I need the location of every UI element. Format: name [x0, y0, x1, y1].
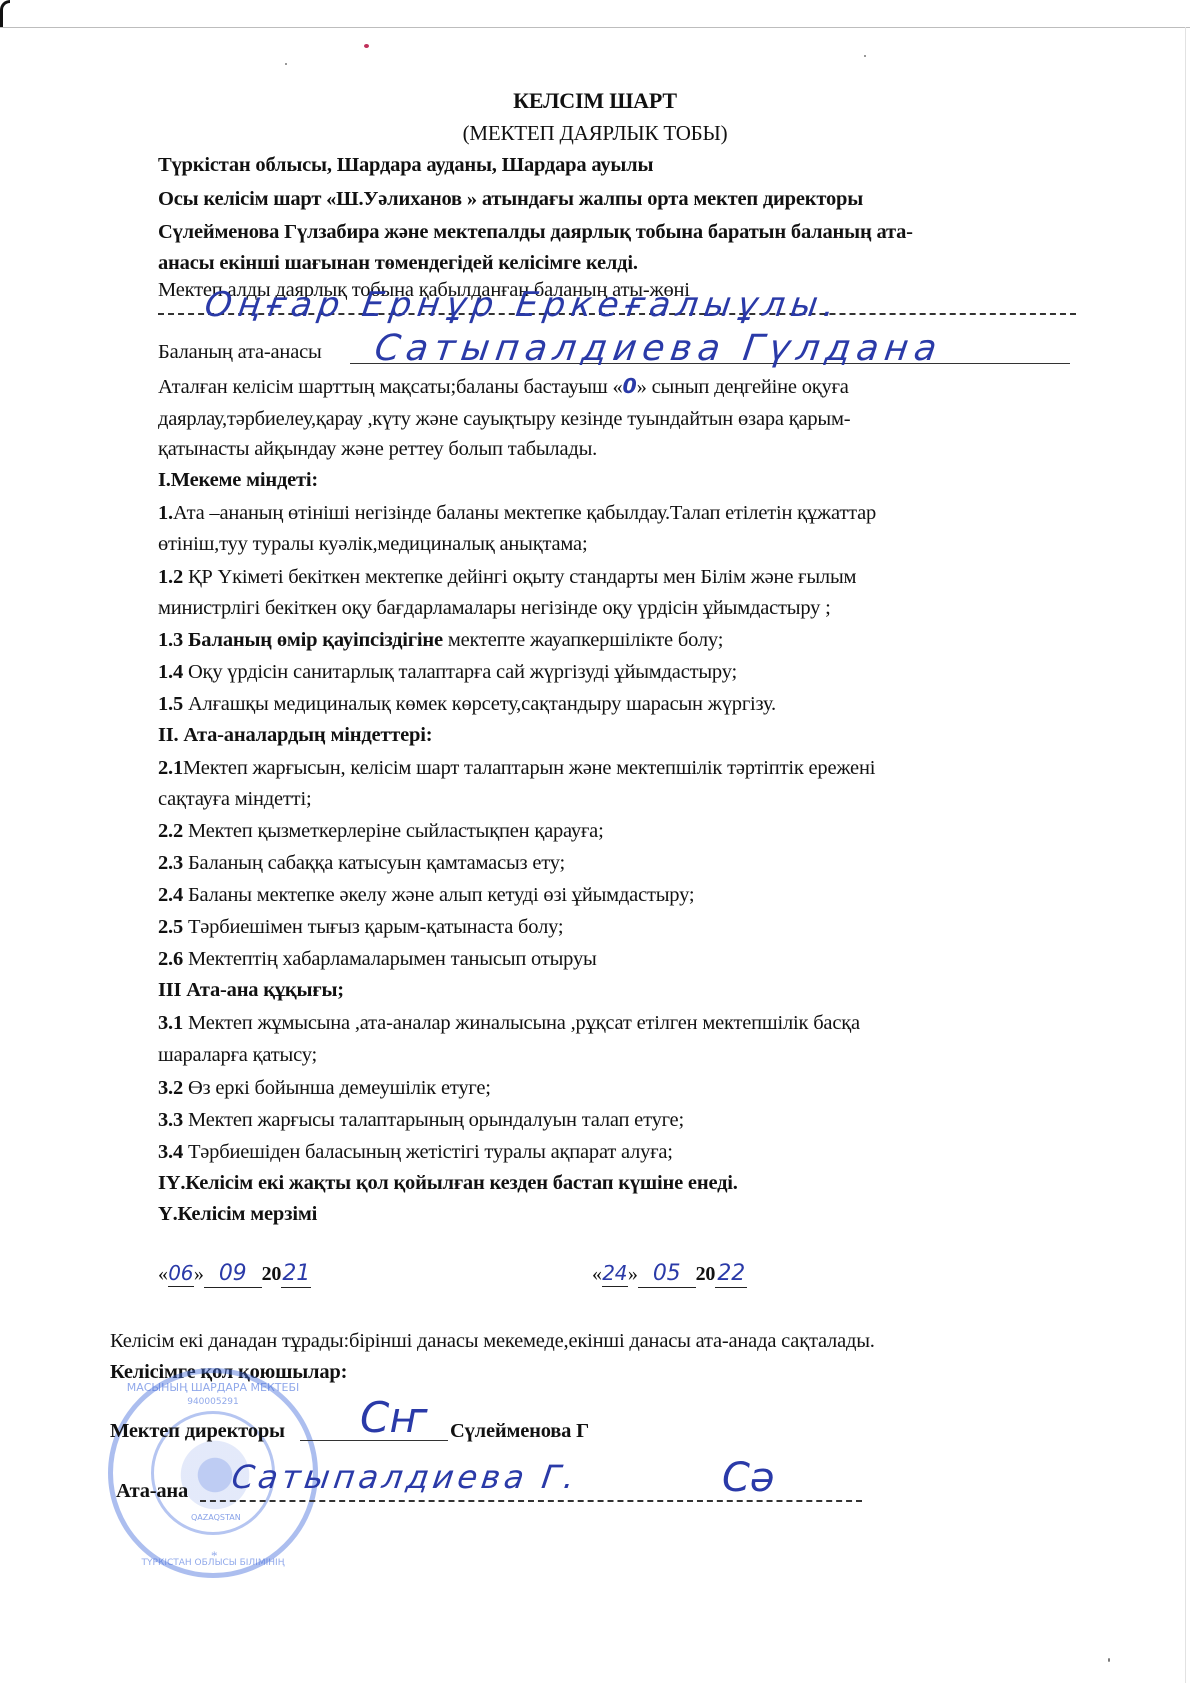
stamp-star-icon: * [211, 1548, 218, 1564]
section-5-heading: Ү.Келісім мерзімі [158, 1201, 317, 1227]
section-4-text: ІҮ.Келісім екі жақты қол қойылған кезден… [158, 1170, 738, 1196]
end-month-handwritten: 05 [638, 1261, 696, 1288]
scan-speck [364, 44, 369, 48]
section-1-item-5: 1.5 Алғашқы медициналық көмек көрсету,са… [158, 691, 776, 717]
child-name-handwritten: Оңғар Ернұр Еркеғалыұлы. [202, 285, 843, 325]
section-3-item-4: 3.4 Тәрбиешіден баласының жетістігі тура… [158, 1139, 673, 1165]
scan-speck [864, 55, 866, 57]
scan-speck [285, 63, 287, 65]
section-2-heading: ІІ. Ата-аналардың міндеттері: [158, 722, 432, 748]
section-1-item-3: 1.3 Баланың өмір қауіпсіздігіне мектепте… [158, 627, 723, 653]
section-1-item-1: 1.Ата –ананың өтініші негізінде баланы м… [158, 500, 876, 526]
start-year-handwritten: 21 [281, 1261, 311, 1288]
section-3-item-3: 3.3 Мектеп жарғысы талаптарының орындалу… [158, 1107, 684, 1133]
section-2-item-1-cont: сақтауға міндетті; [158, 786, 311, 812]
section-1-heading: І.Мекеме міндеті: [158, 467, 318, 493]
purpose-grade-handwritten: 0 [623, 374, 637, 398]
section-2-item-5: 2.5 Тәрбиешімен тығыз қарым-қатынаста бо… [158, 914, 563, 940]
intro-line-3: анасы екінші шағынан төмендегідей келісі… [158, 250, 638, 276]
scan-right-edge [1185, 27, 1186, 1683]
stamp-number: 940005291 [113, 1397, 313, 1407]
section-3-item-1: 3.1 Мектеп жұмысына ,ата-аналар жиналысы… [158, 1010, 860, 1036]
document-subtitle: (МЕКТЕП ДАЯРЛЫК ТОБЫ) [0, 120, 1190, 146]
section-1-item-4: 1.4 Оқу үрдісін санитарлық талаптарға са… [158, 659, 737, 685]
section-1-item-1-cont: өтініш,туу туралы куәлік,медициналық аны… [158, 531, 587, 557]
section-2-item-3: 2.3 Баланың сабаққа катысуын қамтамасыз … [158, 850, 565, 876]
copies-note: Келісім екі данадан тұрады:бірінші данас… [110, 1328, 875, 1354]
parent-sign-handwritten: Сатыпалдиева Г. [229, 1458, 580, 1496]
section-2-item-4: 2.4 Баланы мектепке әкелу және алып кету… [158, 882, 694, 908]
parent-signature: Сә [722, 1455, 775, 1501]
section-2-item-6: 2.6 Мектептің хабарламаларымен танысып о… [158, 946, 597, 972]
parent-sign-label: Ата-ана [116, 1478, 188, 1504]
end-year-handwritten: 22 [715, 1261, 747, 1288]
scan-corner [0, 0, 10, 27]
end-day-handwritten: 24 [602, 1260, 628, 1287]
document-title: КЕЛСІМ ШАРТ [0, 88, 1190, 114]
section-2-item-2: 2.2 Мектеп қызметкерлеріне сыйластықпен … [158, 818, 604, 844]
end-date: «24»052022 [592, 1260, 747, 1288]
parent-name-label: Баланың ата-анасы [158, 339, 322, 365]
stamp-ring-text: МАСЫНЫҢ ШАРДАРА МЕКТЕБІ [113, 1381, 313, 1394]
section-1-item-2-cont: министрлігі бекіткен оқу бағдарламалары … [158, 595, 831, 621]
location-line: Түркістан облысы, Шардара ауданы, Шардар… [158, 152, 653, 178]
start-date: «06»092021 [158, 1260, 311, 1288]
scan-top-edge [0, 0, 1190, 28]
section-3-item-1-cont: шараларға қатысу; [158, 1042, 317, 1068]
stamp-center-text: QAZAQSTAN [191, 1513, 241, 1522]
purpose-line-1: Аталған келісім шарттың мақсаты;баланы б… [158, 373, 849, 400]
purpose-line-3: қатынасты айқындау және реттеу болып таб… [158, 436, 597, 462]
director-name: Сүлейменова Г [450, 1418, 589, 1444]
scan-speck [1108, 1658, 1110, 1662]
intro-line-1: Осы келісім шарт «Ш.Уәлиханов » атындағы… [158, 186, 863, 212]
section-3-heading: ІІІ Ата-ана құқығы; [158, 977, 344, 1003]
director-label: Мектеп директоры [110, 1418, 285, 1444]
start-day-handwritten: 06 [168, 1260, 194, 1287]
section-1-item-2: 1.2 ҚР Үкіметі бекіткен мектепке дейінгі… [158, 564, 856, 590]
director-signature: Сҥ [360, 1393, 426, 1442]
parent-name-handwritten: Сатыпалдиева Гүлдана [372, 328, 945, 369]
purpose-line-2: даярлау,тәрбиелеу,қарау ,күту және сауық… [158, 406, 850, 432]
intro-line-2: Сүлейменова Гүлзабира және мектепалды да… [158, 219, 913, 245]
section-3-item-2: 3.2 Өз еркі бойынша демеушілік етуге; [158, 1075, 491, 1101]
section-2-item-1: 2.1Мектеп жарғысын, келісім шарт талапта… [158, 755, 875, 781]
start-month-handwritten: 09 [204, 1261, 262, 1288]
